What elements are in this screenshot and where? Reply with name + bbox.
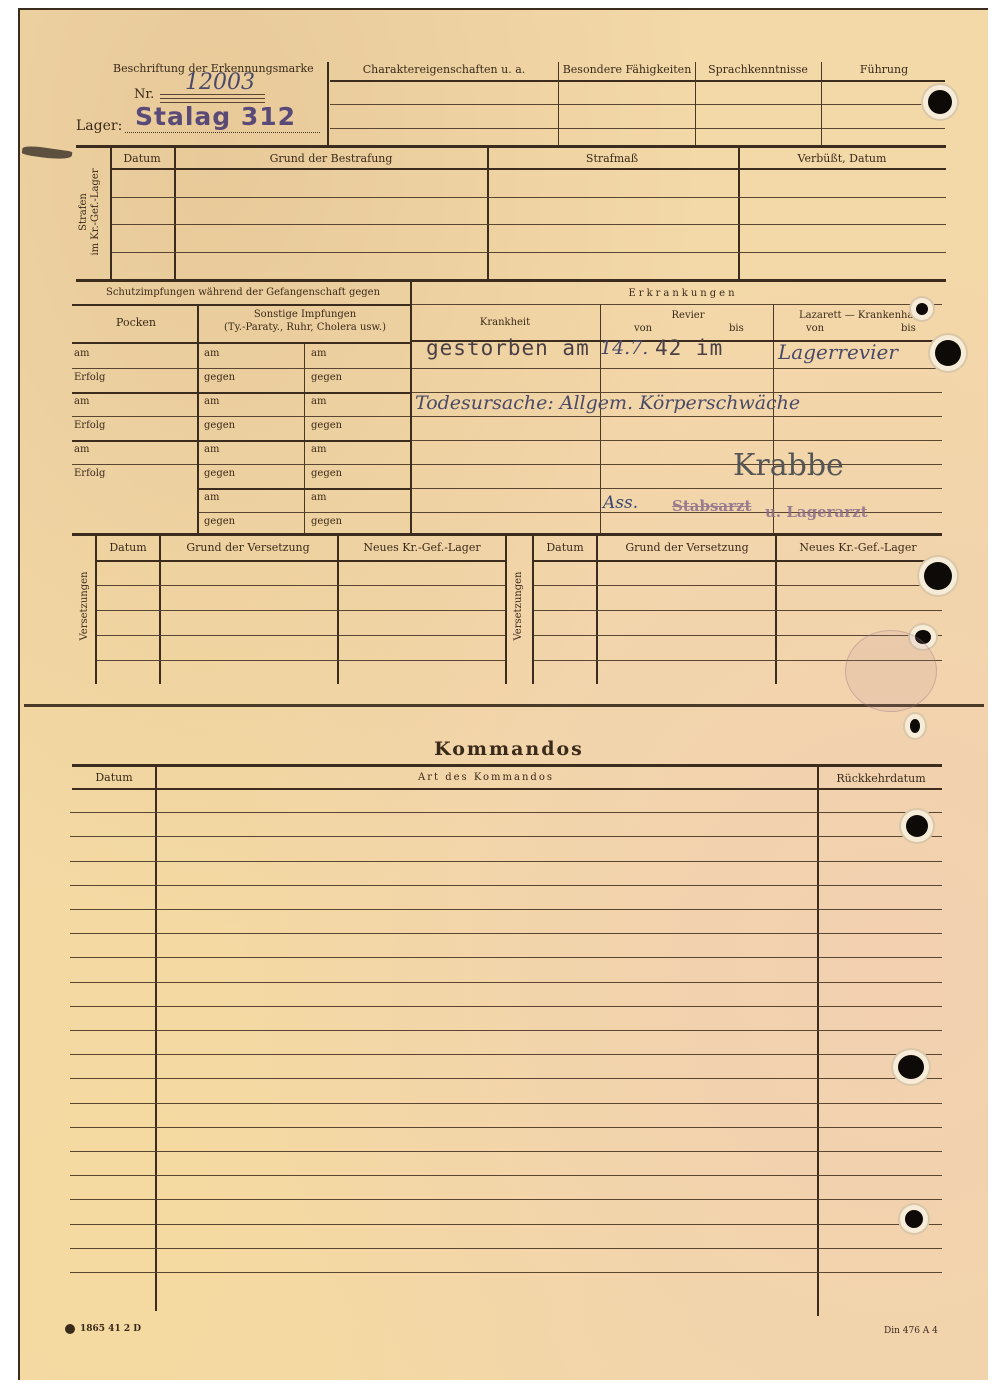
sonstige-row-label: am — [311, 396, 326, 407]
impfungen-col-pocken: Pocken — [116, 316, 156, 329]
pocken-row-label: am — [74, 444, 89, 455]
vers-right-col-datum: Datum — [546, 541, 583, 554]
death-place: Lagerrevier — [778, 340, 898, 364]
stamp-struck: Stabsarzt — [672, 497, 751, 515]
doctor-signature: Krabbe — [733, 448, 844, 483]
kommandos-row-line — [70, 1006, 942, 1007]
vers-left-col-lager: Neues Kr.-Gef.-Lager — [363, 541, 480, 554]
strafen-col-datum: Datum — [123, 152, 160, 165]
vers-right-col-lager: Neues Kr.-Gef.-Lager — [799, 541, 916, 554]
nr-label: Nr. — [134, 87, 154, 102]
death-date: 14.7. — [600, 337, 648, 359]
vers-left-col-datum: Datum — [109, 541, 146, 554]
revier-von: von — [634, 323, 652, 334]
vers-left-side-label: Versetzungen — [79, 561, 91, 651]
vers-right-side-label: Versetzungen — [513, 561, 525, 651]
punch-hole — [916, 303, 928, 315]
strafen-col-verbuesst: Verbüßt, Datum — [798, 152, 887, 165]
death-typed-text: gestorben am — [426, 336, 590, 360]
sonstige-row-label: gegen — [311, 372, 342, 383]
kommandos-title: Kommandos — [434, 738, 584, 760]
kommandos-row-line — [70, 1078, 942, 1079]
punch-hole — [905, 1210, 923, 1228]
kommandos-row-line — [70, 1199, 942, 1200]
pocken-row-label: am — [74, 348, 89, 359]
impfungen-col-sonstige-sub: (Ty.-Paraty., Ruhr, Cholera usw.) — [224, 322, 386, 333]
death-year: 42 im — [655, 336, 723, 360]
kommandos-row-line — [70, 933, 942, 934]
erkrankungen-col-krankheit: Krankheit — [480, 317, 530, 328]
signature-prefix: Ass. — [603, 493, 638, 513]
strafen-side-label: Strafen im Kr.-Gef.-Lager — [78, 162, 102, 262]
sonstige-row-label: am — [204, 396, 219, 407]
sonstige-row-label: gegen — [204, 468, 235, 479]
col-fuehrung: Führung — [860, 63, 908, 76]
strafen-col-grund: Grund der Bestrafung — [270, 152, 393, 165]
col-charakter: Charaktereigenschaften u. a. — [363, 63, 526, 76]
kommandos-row-line — [70, 909, 942, 910]
kommandos-col-rueckkehr: Rückkehrdatum — [836, 772, 925, 785]
vers-left-col-grund: Grund der Versetzung — [186, 541, 309, 554]
punch-hole — [910, 719, 920, 733]
kommandos-row-line — [70, 957, 942, 958]
pocken-row-label: am — [74, 396, 89, 407]
kommandos-row-line — [70, 982, 942, 983]
kommandos-row-line — [70, 1030, 942, 1031]
revier-bis: bis — [729, 323, 744, 334]
kommandos-row-line — [70, 1151, 942, 1152]
kommandos-row-line — [70, 885, 942, 886]
erkrankungen-col-lazarett: Lazarett — Krankenhaus — [799, 310, 925, 321]
kommandos-row-line — [70, 836, 942, 837]
sonstige-row-label: gegen — [204, 372, 235, 383]
print-code: 1865 41 2 D — [80, 1324, 141, 1334]
punch-hole — [928, 90, 952, 114]
sonstige-row-label: gegen — [311, 420, 342, 431]
kommandos-row-line — [70, 1248, 942, 1249]
sonstige-row-label: gegen — [311, 516, 342, 527]
sonstige-row-label: am — [204, 444, 219, 455]
impfungen-title: Schutzimpfungen während der Gefangenscha… — [106, 287, 380, 298]
impfungen-col-sonstige: Sonstige Impfungen — [254, 309, 356, 320]
erkrankungen-title: Erkrankungen — [628, 288, 737, 299]
printer-mark-icon — [65, 1324, 75, 1334]
nr-value: 12003 — [185, 70, 255, 95]
erkrankungen-col-revier: Revier — [672, 310, 705, 321]
col-sprachkenntnisse: Sprachkenntnisse — [708, 63, 808, 76]
punch-hole — [935, 340, 961, 366]
lager-stamp: Stalag 312 — [135, 102, 296, 131]
cause-of-death: Todesursache: Allgem. Körperschwäche — [415, 392, 800, 414]
sonstige-row-label: am — [204, 492, 219, 503]
punch-hole — [906, 815, 928, 837]
sonstige-row-label: gegen — [204, 420, 235, 431]
kommandos-row-line — [70, 1272, 942, 1273]
lager-label: Lager: — [76, 118, 122, 134]
sonstige-row-label: am — [311, 444, 326, 455]
punch-hole — [898, 1055, 924, 1079]
sonstige-row-label: gegen — [204, 516, 235, 527]
punch-hole — [924, 562, 952, 590]
vers-right-col-grund: Grund der Versetzung — [625, 541, 748, 554]
pocken-row-label: Erfolg — [74, 372, 105, 383]
fold-line — [24, 704, 984, 707]
kommandos-col-art: Art des Kommandos — [418, 772, 554, 783]
sonstige-row-label: am — [204, 348, 219, 359]
kommandos-col-datum: Datum — [95, 771, 132, 784]
faded-round-stamp — [845, 630, 937, 712]
kommandos-row-line — [70, 1127, 942, 1128]
stamp-lagerarzt: u. Lagerarzt — [765, 503, 868, 521]
kommandos-row-line — [70, 1224, 942, 1225]
lazarett-von: von — [806, 323, 824, 334]
kommandos-row-line — [70, 1054, 942, 1055]
strafen-col-strafmass: Strafmaß — [586, 152, 638, 165]
kommandos-row-line — [70, 861, 942, 862]
din-format: Din 476 A 4 — [884, 1326, 938, 1336]
pocken-row-label: Erfolg — [74, 420, 105, 431]
sonstige-row-label: am — [311, 348, 326, 359]
kommandos-row-line — [70, 812, 942, 813]
sonstige-row-label: am — [311, 492, 326, 503]
pocken-row-label: Erfolg — [74, 468, 105, 479]
sonstige-row-label: gegen — [311, 468, 342, 479]
col-faehigkeiten: Besondere Fähigkeiten — [563, 63, 692, 76]
kommandos-row-line — [70, 1175, 942, 1176]
kommandos-row-line — [70, 1103, 942, 1104]
lazarett-bis: bis — [901, 323, 916, 334]
